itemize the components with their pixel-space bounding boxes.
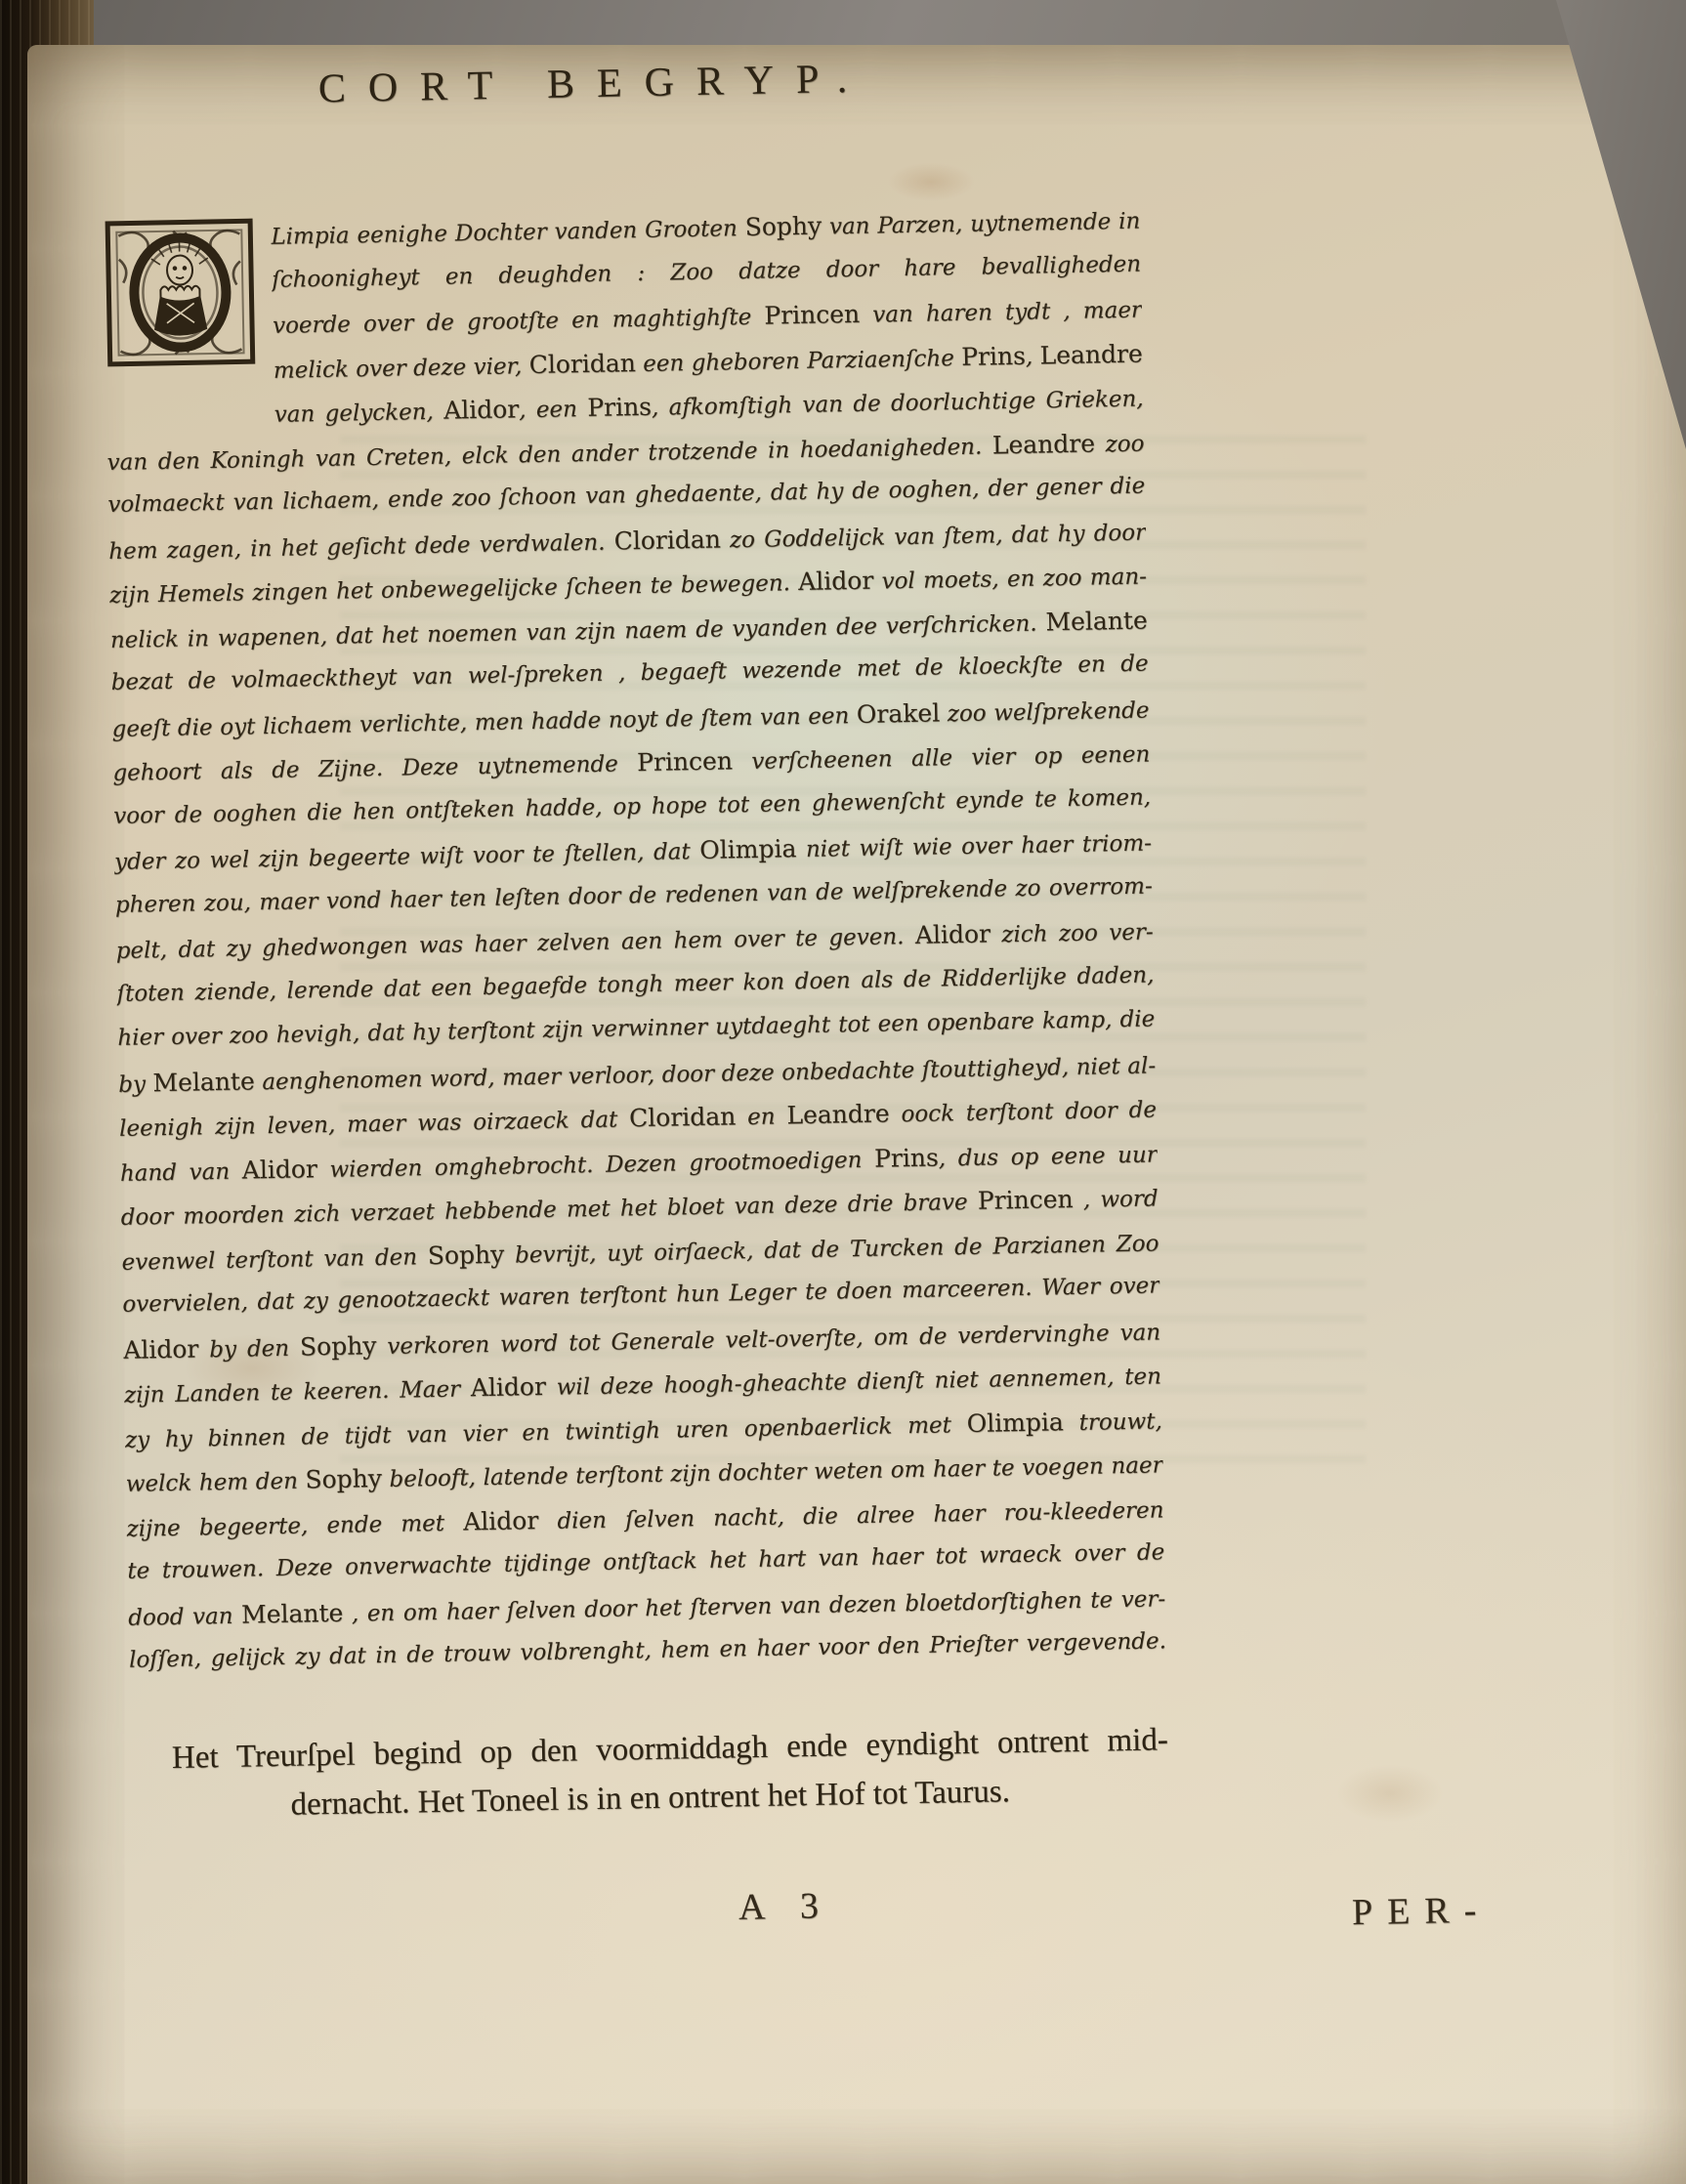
- photo-of-book-page: { "header": {"title": "CORT BEGRYP."}, "…: [0, 0, 1686, 2184]
- catchword: PER-: [1352, 1887, 1587, 1934]
- drop-cap-initial-o-woodcut: [105, 218, 256, 397]
- summary-text-block: Limpia eenighe Dochter vanden Grooten So…: [103, 198, 1169, 1832]
- summary-paragraph: Limpia eenighe Dochter vanden Grooten So…: [103, 198, 1166, 1684]
- paper-stain: [1336, 1764, 1444, 1823]
- scene-time-note: Het Treurſpel begind op den voormiddagh …: [130, 1715, 1169, 1831]
- page-title: CORT BEGRYP.: [252, 54, 937, 113]
- paper-stain: [887, 162, 975, 201]
- book-page: CORT BEGRYP.: [27, 45, 1686, 2184]
- signature-mark: A 3: [688, 1883, 884, 1929]
